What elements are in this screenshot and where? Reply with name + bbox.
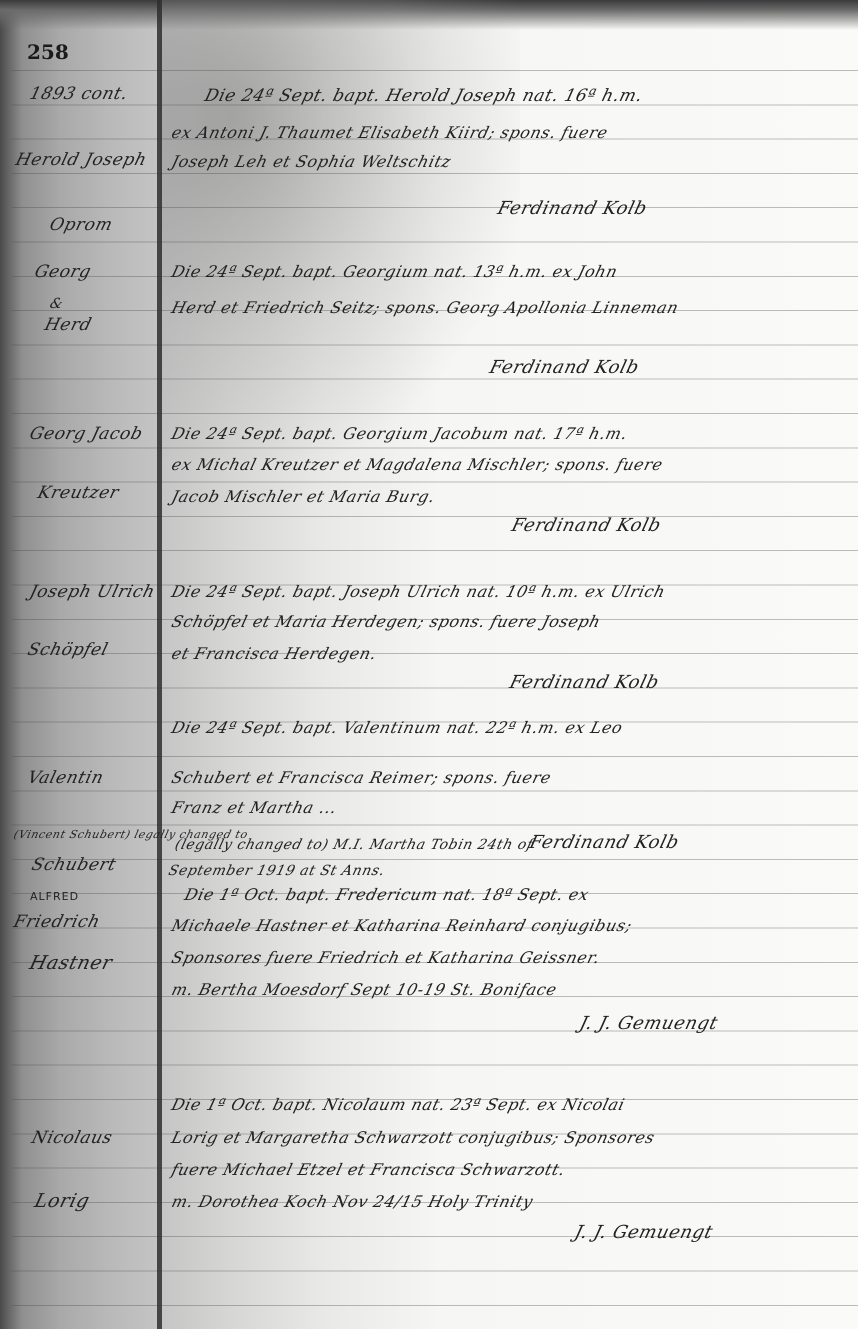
entry-line: Michaele Hastner et Katharina Reinhard c… (170, 916, 635, 935)
register-page: 258 1893 cont. Herold Joseph Oprom Die 2… (0, 0, 858, 1329)
entry-line: Sponsores fuere Friedrich et Katharina G… (170, 948, 603, 967)
entry-line: Jacob Mischler et Maria Burg. (170, 487, 438, 506)
entry-line: Schubert et Francisca Reimer; spons. fue… (170, 768, 554, 787)
entry-line: Herd et Friedrich Seitz; spons. Georg Ap… (170, 298, 681, 317)
later-annotation: m. Dorothea Koch Nov 24/15 Holy Trinity (170, 1192, 536, 1211)
margin-given-name: Nicolaus (30, 1128, 115, 1148)
priest-signature: Ferdinand Kolb (487, 357, 641, 378)
priest-signature: Ferdinand Kolb (509, 515, 663, 536)
priest-signature: Ferdinand Kolb (527, 832, 681, 853)
entry-line: Franz et Martha ... (170, 798, 339, 817)
margin-surname: Herd (43, 315, 94, 335)
priest-signature: Ferdinand Kolb (507, 672, 661, 693)
entry-line: et Francisca Herdegen. (170, 644, 379, 663)
page-number: 258 (27, 40, 69, 64)
entry-line: Lorig et Margaretha Schwarzott conjugibu… (170, 1128, 657, 1147)
margin-given-name: Joseph Ulrich (28, 582, 158, 602)
priest-signature: J. J. Gemuengt (577, 1013, 720, 1034)
year-margin: 1893 cont. (28, 84, 131, 104)
later-annotation: (legally changed to) M.I. Martha Tobin 2… (166, 832, 539, 884)
entry-line: Die 1ª Oct. bapt. Nicolaum nat. 23ª Sept… (170, 1095, 627, 1114)
entry-line: Joseph Leh et Sophia Weltschitz (170, 152, 454, 171)
later-annotation: m. Bertha Moesdorf Sept 10-19 St. Bonifa… (170, 980, 559, 999)
margin-surname: Lorig (32, 1190, 92, 1212)
margin-given-name: Herold Joseph (14, 150, 149, 170)
entry-line: Die 24ª Sept. bapt. Joseph Ulrich nat. 1… (170, 582, 668, 601)
margin-surname: Schubert (30, 855, 119, 875)
entry-line: Die 24ª Sept. bapt. Herold Joseph nat. 1… (203, 86, 645, 106)
entry-line: Die 24ª Sept. bapt. Valentinum nat. 22ª … (170, 718, 625, 737)
entry-line: ex Michal Kreutzer et Magdalena Mischler… (170, 455, 665, 474)
margin-rule (157, 0, 162, 1329)
entry-line: ex Antoni J. Thaumet Elisabeth Kiird; sp… (170, 123, 610, 142)
margin-surname: Hastner (27, 952, 115, 974)
margin-surname: Kreutzer (36, 483, 122, 503)
entry-line: Die 1ª Oct. bapt. Fredericum nat. 18ª Se… (183, 885, 591, 904)
margin-note: ALFRED (30, 890, 79, 903)
margin-surname: Oprom (48, 215, 115, 235)
margin-given-name: Georg Jacob (28, 424, 145, 444)
entry-line: Die 24ª Sept. bapt. Georgium Jacobum nat… (170, 424, 630, 443)
margin-given-name: Georg (33, 262, 94, 282)
entry-line: fuere Michael Etzel et Francisca Schwarz… (170, 1160, 568, 1179)
margin-given-name: Valentin (26, 768, 106, 788)
margin-surname: Schöpfel (26, 640, 111, 660)
entry-line: Schöpfel et Maria Herdegen; spons. fuere… (170, 612, 603, 631)
margin-given-name: Friedrich (12, 912, 103, 932)
entry-line: Die 24ª Sept. bapt. Georgium nat. 13ª h.… (170, 262, 620, 281)
priest-signature: J. J. Gemuengt (572, 1222, 715, 1243)
priest-signature: Ferdinand Kolb (495, 198, 649, 219)
